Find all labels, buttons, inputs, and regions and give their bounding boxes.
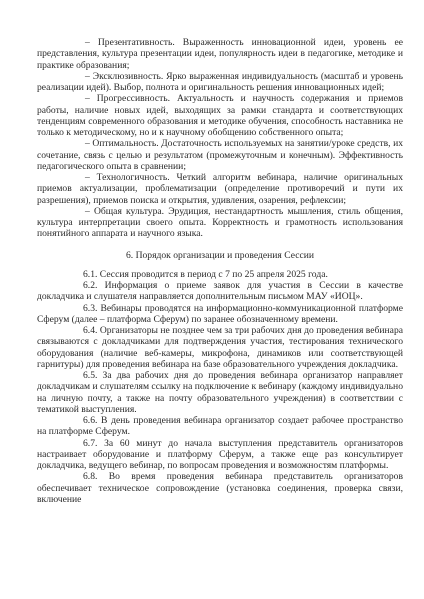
dash-marker: – — [85, 93, 90, 104]
section-item: 6.2. Информация о приеме заявок для учас… — [37, 280, 403, 303]
section-item: 6.7. За 60 минут до начала выступления п… — [37, 438, 403, 472]
criterion-item: – Общая культура. Эрудиция, нестандартно… — [37, 206, 403, 240]
section-item: 6.5. За два рабочих дня до проведения ве… — [37, 370, 403, 415]
dash-marker: – — [85, 37, 90, 48]
dash-marker: – — [85, 206, 90, 217]
document-page: – Презентативность. Выраженность инновац… — [37, 37, 403, 505]
item-number: 6.8. — [83, 471, 97, 482]
dash-marker: – — [85, 172, 90, 183]
criterion-text: Презентативность. Выраженность инновацио… — [37, 37, 403, 71]
section-item: 6.4. Организаторы не позднее чем за три … — [37, 325, 403, 370]
section-items: 6.1. Сессия проводится в период с 7 по 2… — [37, 269, 403, 505]
criterion-text: Общая культура. Эрудиция, нестандартност… — [37, 206, 403, 240]
criterion-item: – Презентативность. Выраженность инновац… — [37, 37, 403, 71]
criterion-text: Технологичность. Четкий алгоритм вебинар… — [37, 172, 403, 206]
item-number: 6.6. — [83, 415, 97, 426]
criterion-item: – Эксклюзивность. Ярко выраженная индиви… — [37, 71, 403, 94]
dash-marker: – — [85, 138, 90, 149]
item-text: Сессия проводится в период с 7 по 25 апр… — [100, 269, 328, 280]
section-item: 6.3. Вебинары проводятся на информационн… — [37, 303, 403, 326]
section-item: 6.6. В день проведения вебинара организа… — [37, 415, 403, 438]
item-number: 6.3. — [83, 303, 97, 314]
criterion-text: Эксклюзивность. Ярко выраженная индивиду… — [37, 71, 403, 93]
item-number: 6.2. — [83, 280, 97, 291]
item-number: 6.7. — [83, 438, 97, 449]
criterion-text: Оптимальность. Достаточность используемы… — [37, 138, 403, 172]
item-number: 6.5. — [83, 370, 97, 381]
criterion-item: – Технологичность. Четкий алгоритм вебин… — [37, 172, 403, 206]
dash-marker: – — [85, 71, 90, 82]
evaluation-criteria-list: – Презентативность. Выраженность инновац… — [37, 37, 403, 240]
item-number: 6.1. — [83, 269, 97, 280]
section-item: 6.8. Во время проведения вебинара предст… — [37, 471, 403, 505]
criterion-text: Прогрессивность. Актуальность и научност… — [37, 93, 403, 138]
criterion-item: – Прогрессивность. Актуальность и научно… — [37, 93, 403, 138]
section-item: 6.1. Сессия проводится в период с 7 по 2… — [37, 269, 403, 280]
section-heading: 6. Порядок организации и проведения Сесс… — [37, 250, 403, 261]
item-number: 6.4. — [83, 325, 97, 336]
criterion-item: – Оптимальность. Достаточность используе… — [37, 138, 403, 172]
